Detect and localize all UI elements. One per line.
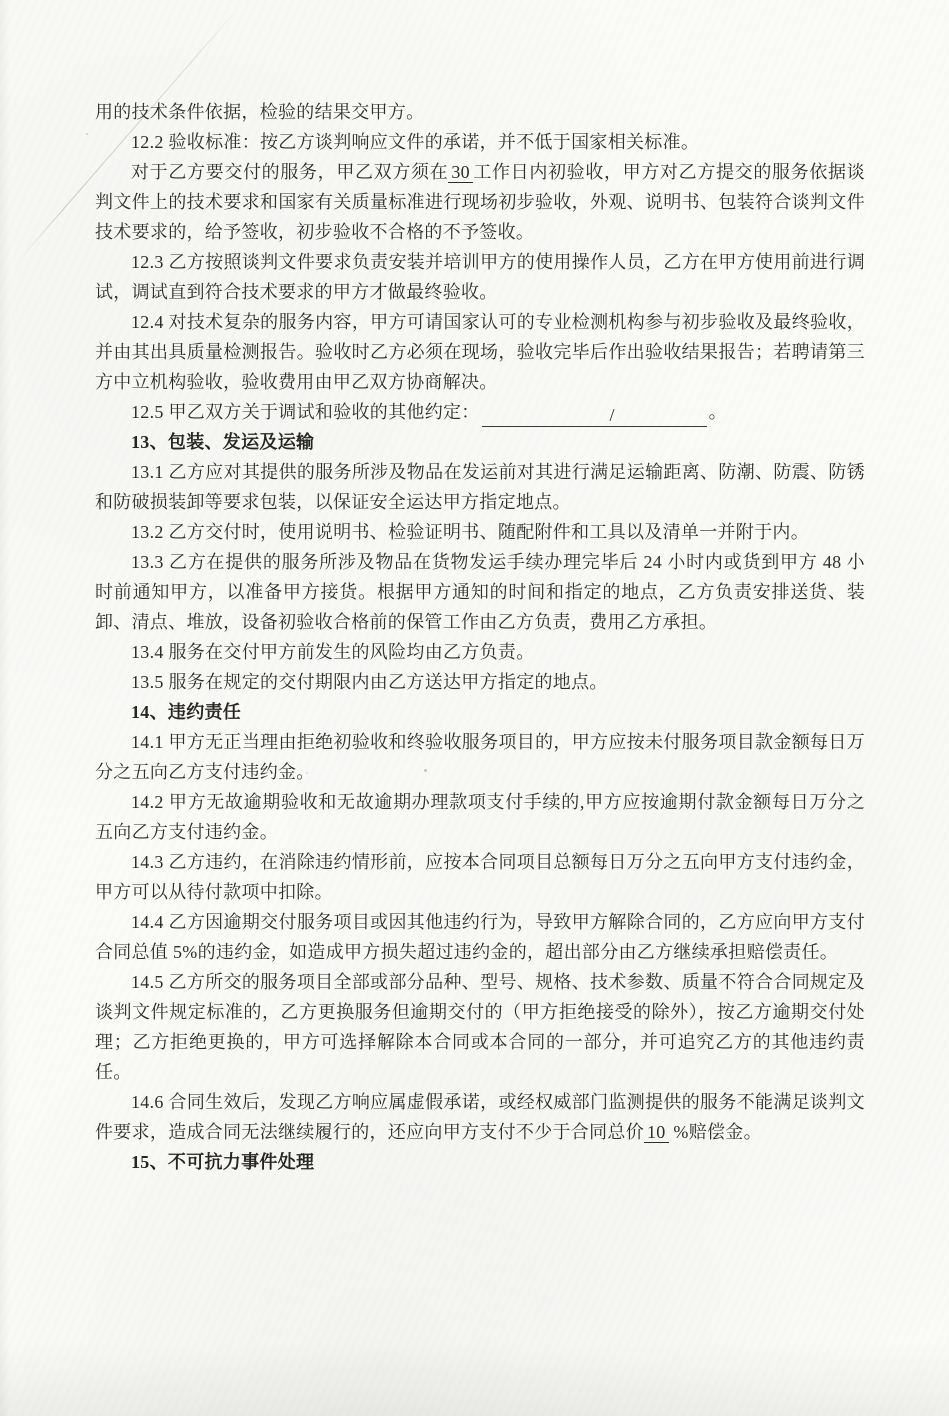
text-run: 13.5 服务在规定的交付期限内由乙方送达甲方指定的地点。 xyxy=(131,672,608,692)
text-run: 13.3 乙方在提供的服务所涉及物品在货物发运手续办理完毕后 24 小时内或货到… xyxy=(95,552,865,632)
text-run: 14.2 甲方无故逾期验收和无故逾期办理款项支付手续的,甲方应按逾期付款金额每日… xyxy=(95,792,865,842)
scanned-contract-page: 用的技术条件依据，检验的结果交甲方。12.2 验收标准：按乙方谈判响应文件的承诺… xyxy=(0,0,949,1416)
text-run: 14.4 乙方因逾期交付服务项目或因其他违约行为，导致甲方解除合同的，乙方应向甲… xyxy=(95,912,865,962)
scan-speck xyxy=(86,133,88,135)
paragraph: 14.2 甲方无故逾期验收和无故逾期办理款项支付手续的,甲方应按逾期付款金额每日… xyxy=(95,787,865,847)
text-run: 14.1 甲方无正当理由拒绝初验收和终验收服务项目的，甲方应按未付服务项目款金额… xyxy=(95,732,865,782)
paragraph: 12.3 乙方按照谈判文件要求负责安装并培训甲方的使用操作人员，乙方在甲方使用前… xyxy=(95,247,865,307)
paragraph: 12.2 验收标准：按乙方谈判响应文件的承诺，并不低于国家相关标准。 xyxy=(95,127,865,157)
paragraph: 13.1 乙方应对其提供的服务所涉及物品在发运前对其进行满足运输距离、防潮、防震… xyxy=(95,457,865,517)
paragraph: 14.5 乙方所交的服务项目全部或部分品种、型号、规格、技术参数、质量不符合合同… xyxy=(95,967,865,1087)
paragraph: 14.6 合同生效后，发现乙方响应属虚假承诺，或经权威部门监测提供的服务不能满足… xyxy=(95,1087,865,1147)
text-run: 14.5 乙方所交的服务项目全部或部分品种、型号、规格、技术参数、质量不符合合同… xyxy=(95,972,865,1082)
text-run: 13.2 乙方交付时，使用说明书、检验证明书、随配附件和工具以及清单一并附于内。 xyxy=(131,522,809,542)
text-run: 13、包装、发运及运输 xyxy=(131,432,314,452)
text-run: 14、违约责任 xyxy=(131,702,241,722)
blank-fill-line: / xyxy=(482,404,707,427)
scan-edge-shade-bottom xyxy=(0,1341,949,1416)
text-run: 用的技术条件依据，检验的结果交甲方。 xyxy=(95,102,424,122)
paragraph: 对于乙方要交付的服务，甲乙双方须在30工作日内初验收，甲方对乙方提交的服务依据谈… xyxy=(95,157,865,247)
text-run: 12.5 甲乙双方关于调试和验收的其他约定： xyxy=(131,402,480,422)
paragraph: 13.5 服务在规定的交付期限内由乙方送达甲方指定的地点。 xyxy=(95,667,865,697)
scan-edge-shade-left xyxy=(0,0,10,1416)
contract-text: 用的技术条件依据，检验的结果交甲方。12.2 验收标准：按乙方谈判响应文件的承诺… xyxy=(95,97,865,1177)
text-run: 13.4 服务在交付甲方前发生的风险均由乙方负责。 xyxy=(131,642,535,662)
paragraph: 12.5 甲乙双方关于调试和验收的其他约定：/。 xyxy=(95,397,865,427)
paragraph: 14.1 甲方无正当理由拒绝初验收和终验收服务项目的，甲方应按未付服务项目款金额… xyxy=(95,727,865,787)
text-run: 12.4 对技术复杂的服务内容，甲方可请国家认可的专业检测机构参与初步验收及最终… xyxy=(95,312,865,392)
paragraph: 14.3 乙方违约，在消除违约情形前，应按本合同项目总额每日万分之五向甲方支付违… xyxy=(95,847,865,907)
text-run: 对于乙方要交付的服务，甲乙双方须在 xyxy=(131,162,448,182)
paragraph: 14.4 乙方因逾期交付服务项目或因其他违约行为，导致甲方解除合同的，乙方应向甲… xyxy=(95,907,865,967)
underlined-value: 30 xyxy=(448,162,473,183)
text-run: 13.1 乙方应对其提供的服务所涉及物品在发运前对其进行满足运输距离、防潮、防震… xyxy=(95,462,865,512)
paragraph: 13.4 服务在交付甲方前发生的风险均由乙方负责。 xyxy=(95,637,865,667)
text-run: 12.3 乙方按照谈判文件要求负责安装并培训甲方的使用操作人员，乙方在甲方使用前… xyxy=(95,252,865,302)
text-run: %赔偿金。 xyxy=(669,1122,762,1142)
section-heading: 13、包装、发运及运输 xyxy=(95,427,865,457)
text-run: 。 xyxy=(709,402,727,422)
paragraph: 13.3 乙方在提供的服务所涉及物品在货物发运手续办理完毕后 24 小时内或货到… xyxy=(95,547,865,637)
paragraph: 12.4 对技术复杂的服务内容，甲方可请国家认可的专业检测机构参与初步验收及最终… xyxy=(95,307,865,397)
paragraph: 用的技术条件依据，检验的结果交甲方。 xyxy=(95,97,865,127)
section-heading: 14、违约责任 xyxy=(95,697,865,727)
text-run: 15、不可抗力事件处理 xyxy=(131,1152,314,1172)
text-run: 12.2 验收标准：按乙方谈判响应文件的承诺，并不低于国家相关标准。 xyxy=(131,132,699,152)
slash-mark: / xyxy=(609,405,614,425)
underlined-value: 10 xyxy=(644,1122,669,1143)
paragraph: 13.2 乙方交付时，使用说明书、检验证明书、随配附件和工具以及清单一并附于内。 xyxy=(95,517,865,547)
text-run: 14.3 乙方违约，在消除违约情形前，应按本合同项目总额每日万分之五向甲方支付违… xyxy=(95,852,865,902)
section-heading: 15、不可抗力事件处理 xyxy=(95,1147,865,1177)
